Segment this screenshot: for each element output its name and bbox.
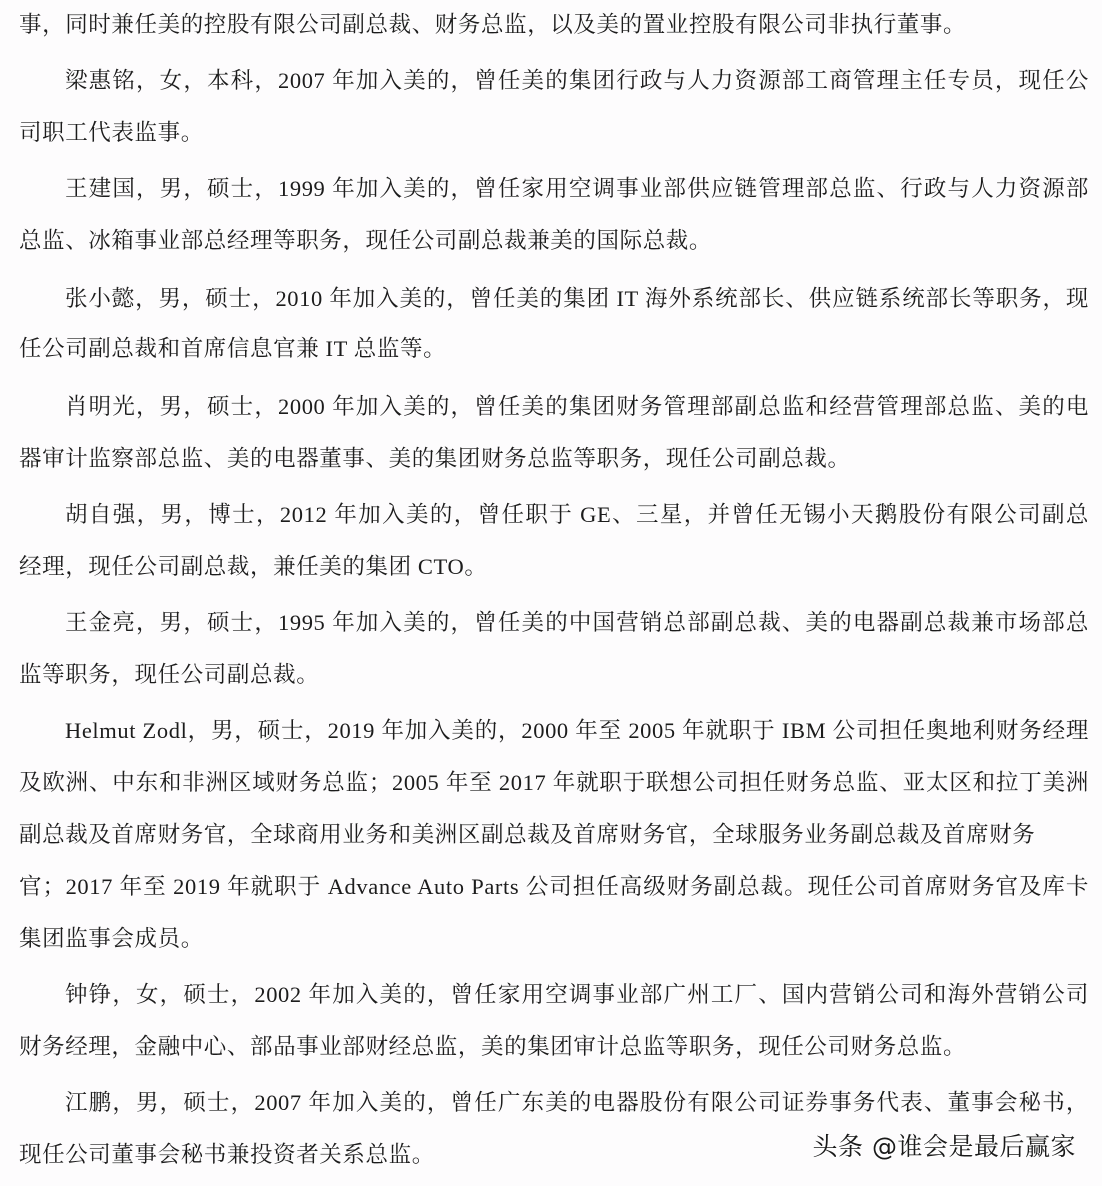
text-line: 任公司副总裁和首席信息官兼 IT 总监等。 bbox=[19, 332, 1089, 366]
text-line: 经理，现任公司副总裁，兼任美的集团 CTO。 bbox=[19, 550, 1089, 584]
text-line: 钟铮，女，硕士，2002 年加入美的，曾任家用空调事业部广州工厂、国内营销公司和… bbox=[65, 978, 1089, 1012]
text-line: 张小懿，男，硕士，2010 年加入美的，曾任美的集团 IT 海外系统部长、供应链… bbox=[65, 282, 1089, 316]
text-line: 胡自强，男，博士，2012 年加入美的，曾任职于 GE、三星，并曾任无锡小天鹅股… bbox=[65, 498, 1089, 532]
text-line: 财务经理，金融中心、部品事业部财经总监，美的集团审计总监等职务，现任公司财务总监… bbox=[19, 1030, 1089, 1064]
text-line: 事，同时兼任美的控股有限公司副总裁、财务总监，以及美的置业控股有限公司非执行董事… bbox=[19, 8, 1089, 42]
text-line: 王金亮，男，硕士，1995 年加入美的，曾任美的中国营销总部副总裁、美的电器副总… bbox=[65, 606, 1089, 640]
text-line: 监等职务，现任公司副总裁。 bbox=[19, 658, 1089, 692]
document-page: 事，同时兼任美的控股有限公司副总裁、财务总监，以及美的置业控股有限公司非执行董事… bbox=[0, 0, 1102, 1186]
watermark: 头条 @谁会是最后赢家 bbox=[813, 1127, 1076, 1167]
text-line: 梁惠铭，女，本科，2007 年加入美的，曾任美的集团行政与人力资源部工商管理主任… bbox=[65, 64, 1089, 98]
text-line: 器审计监察部总监、美的电器董事、美的集团财务总监等职务，现任公司副总裁。 bbox=[19, 442, 1089, 476]
text-line: 副总裁及首席财务官，全球商用业务和美洲区副总裁及首席财务官，全球服务业务副总裁及… bbox=[19, 818, 1089, 852]
text-line: 司职工代表监事。 bbox=[19, 116, 1089, 150]
text-line: 江鹏，男，硕士，2007 年加入美的，曾任广东美的电器股份有限公司证券事务代表、… bbox=[65, 1086, 1089, 1120]
text-line: 肖明光，男，硕士，2000 年加入美的，曾任美的集团财务管理部副总监和经营管理部… bbox=[65, 390, 1089, 424]
text-line: 总监、冰箱事业部总经理等职务，现任公司副总裁兼美的国际总裁。 bbox=[19, 224, 1089, 258]
text-line: 官；2017 年至 2019 年就职于 Advance Auto Parts 公… bbox=[19, 870, 1089, 904]
text-line: 及欧洲、中东和非洲区域财务总监；2005 年至 2017 年就职于联想公司担任财… bbox=[19, 766, 1089, 800]
text-line: 集团监事会成员。 bbox=[19, 922, 1089, 956]
text-line: 王建国，男，硕士，1999 年加入美的，曾任家用空调事业部供应链管理部总监、行政… bbox=[65, 172, 1089, 206]
text-line: Helmut Zodl，男，硕士，2019 年加入美的，2000 年至 2005… bbox=[65, 714, 1089, 748]
